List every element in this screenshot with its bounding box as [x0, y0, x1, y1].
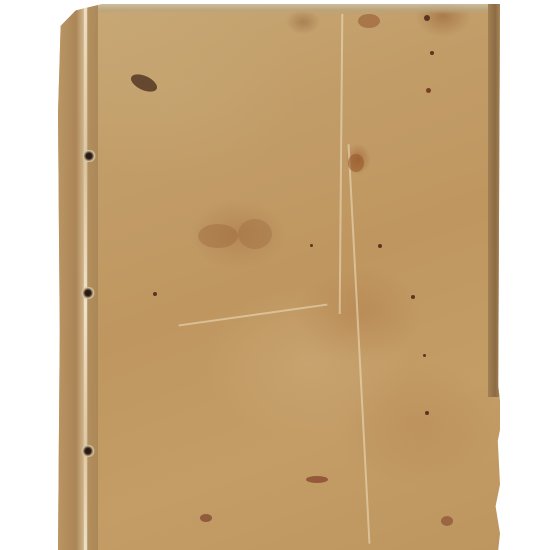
spot — [153, 292, 157, 296]
vellum-book-cover — [58, 4, 500, 550]
stain — [200, 514, 212, 522]
spot — [430, 51, 434, 55]
tie-hole — [81, 445, 95, 457]
stain — [306, 476, 328, 483]
tie-hole — [81, 287, 95, 299]
ink-stain — [128, 71, 159, 96]
spot — [426, 88, 431, 93]
stain — [441, 516, 453, 526]
spine-crease — [84, 4, 87, 550]
crease-line — [179, 304, 328, 327]
photo-background — [0, 0, 550, 550]
stain — [358, 14, 380, 28]
spot — [423, 354, 426, 357]
spot — [425, 411, 429, 415]
spot — [411, 295, 415, 299]
fore-edge-turn-in — [488, 4, 500, 397]
spot — [378, 244, 382, 248]
stain — [198, 224, 238, 248]
top-edge-fold — [68, 4, 488, 14]
crease-line — [348, 144, 371, 544]
spine-edge — [58, 4, 98, 550]
spot — [424, 15, 430, 21]
tie-hole — [82, 150, 96, 162]
crease-line — [339, 14, 344, 314]
stain — [238, 219, 272, 249]
stain — [348, 154, 364, 172]
spot — [310, 244, 313, 247]
